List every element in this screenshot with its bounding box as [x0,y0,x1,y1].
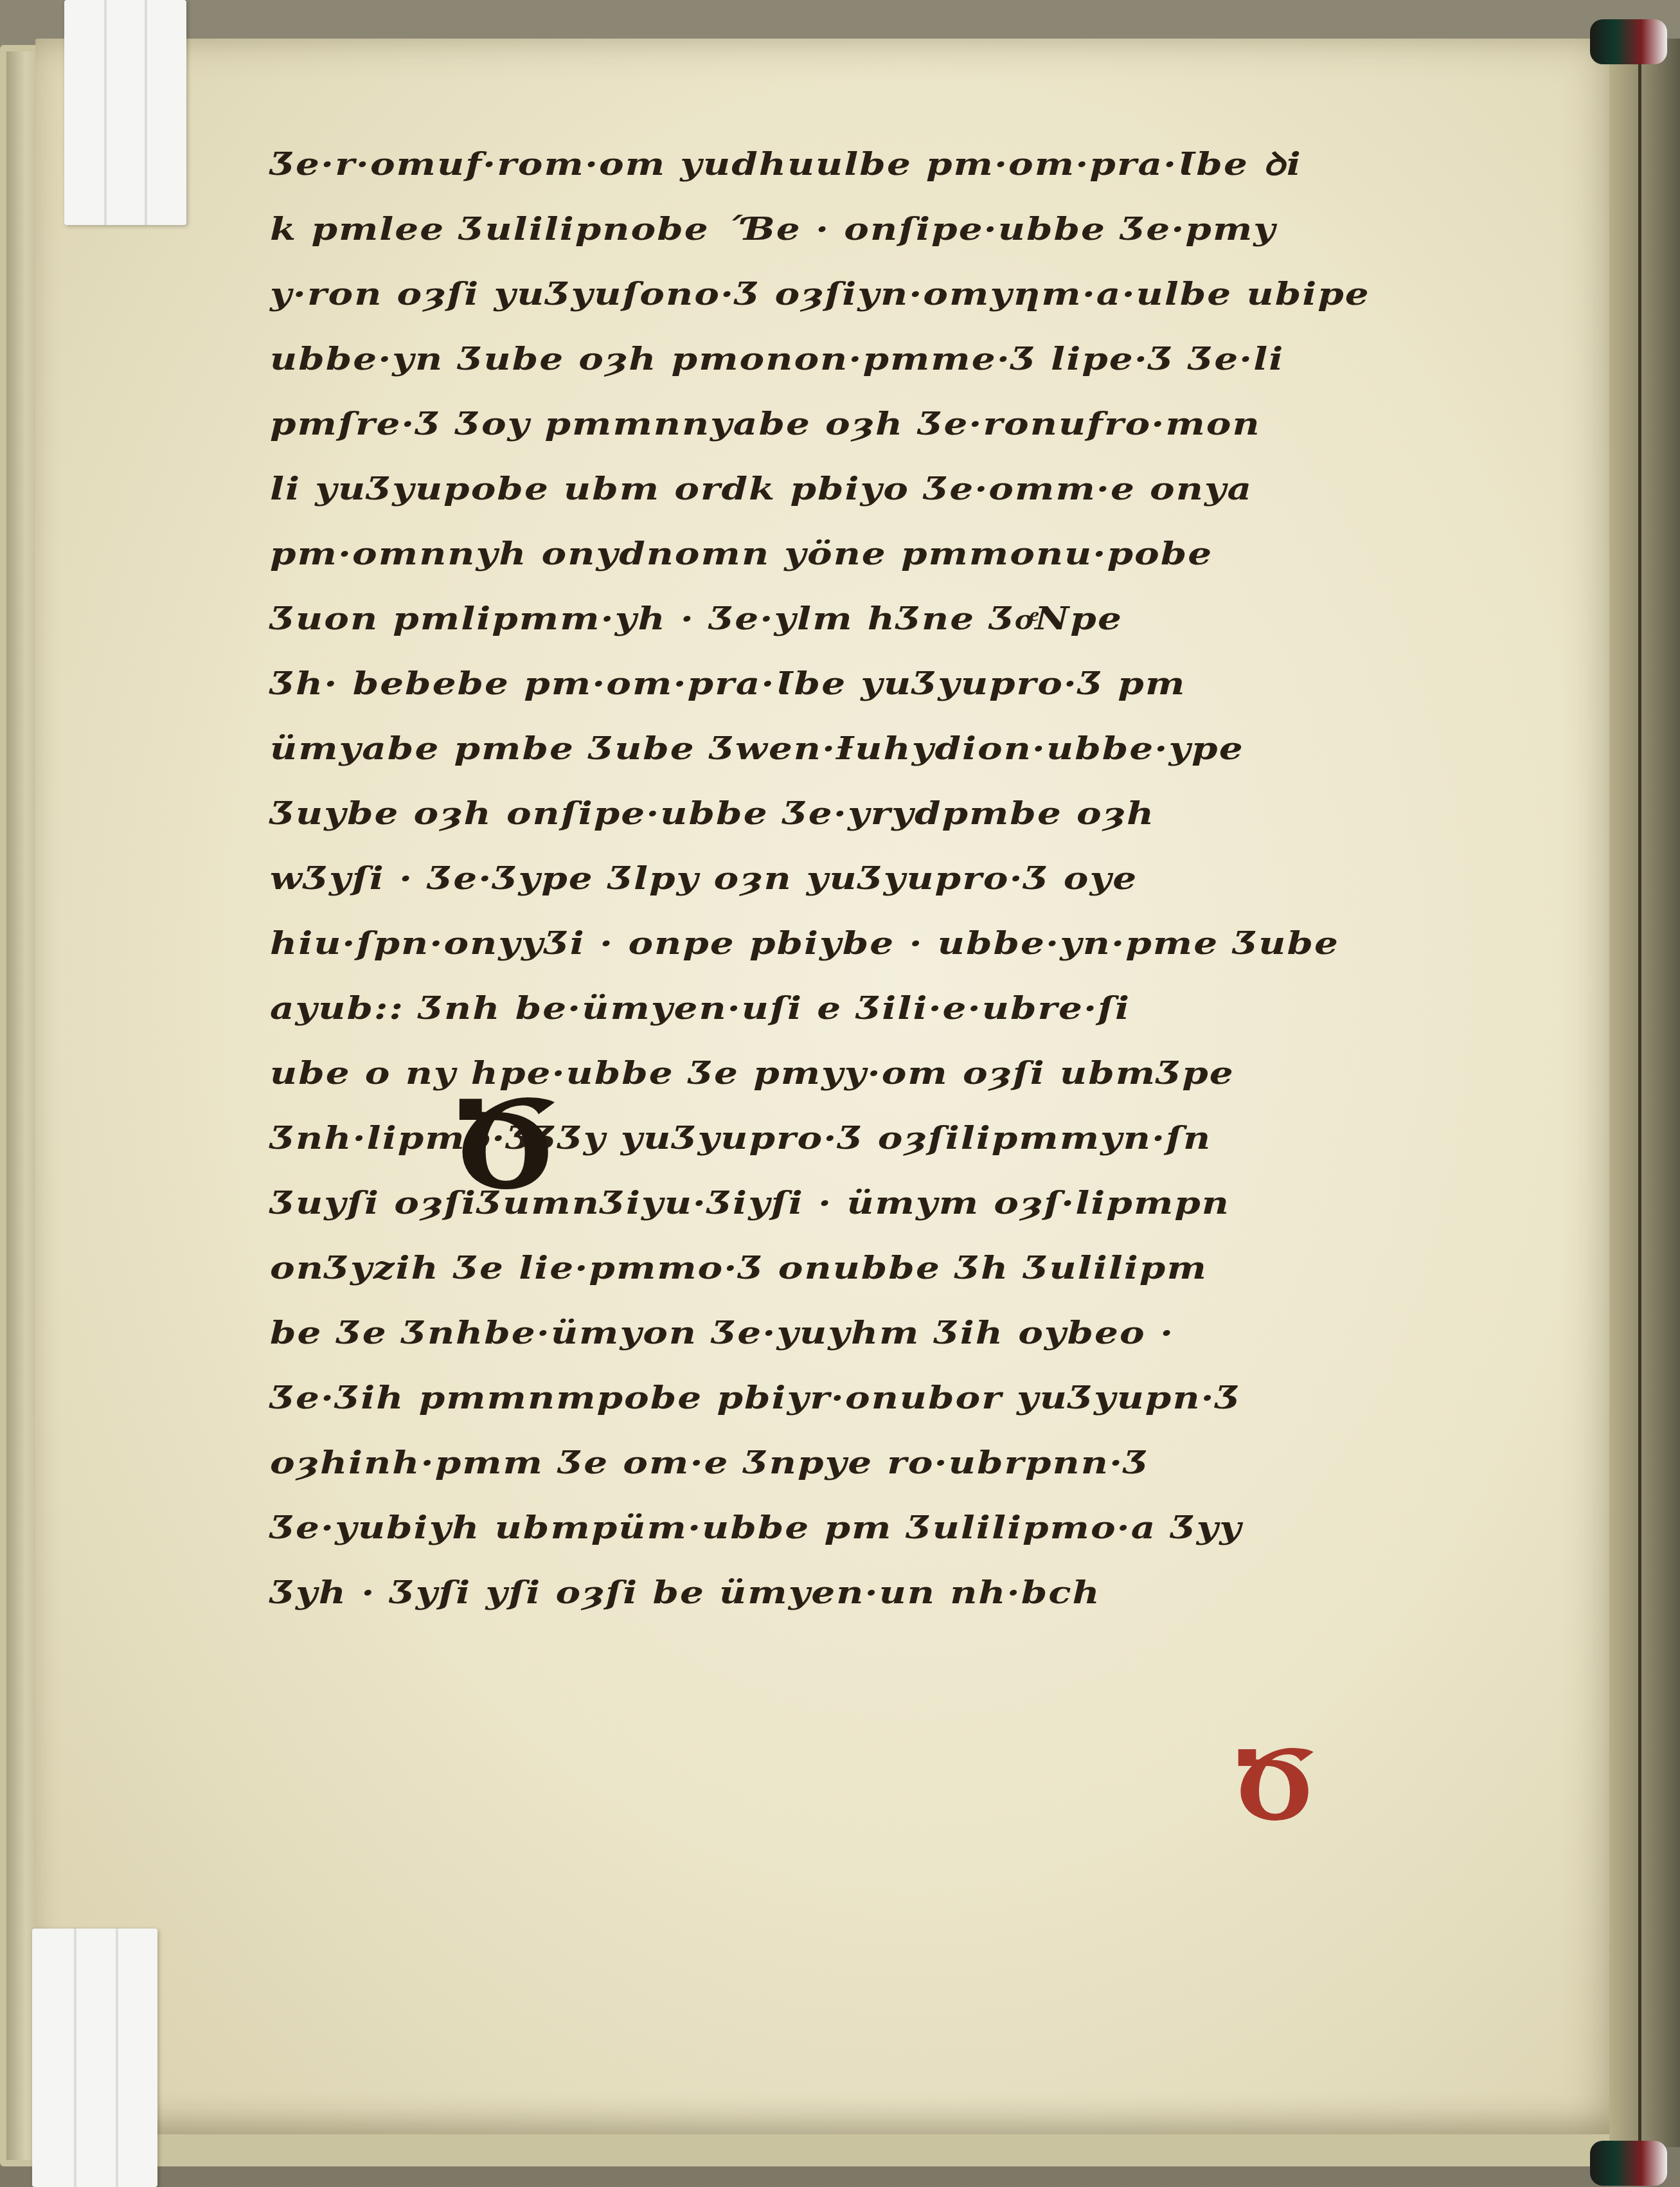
binding-thread-bottom [1590,2141,1667,2186]
tab-fold [145,0,147,225]
text-line: ümyabe pmbe Ʒube Ʒwen·Ɨuhydion·ubbe·ype [270,721,1555,777]
archival-tab-top [64,0,186,225]
text-line: wƷyſi · Ʒe·Ʒype Ʒlpy oȝn yuƷyupro·Ʒ oye [270,851,1555,906]
tab-fold [104,0,107,225]
text-line: k pmlee Ʒulilipnobe ˊƁe · onſipe·ubbe Ʒe… [270,202,1555,257]
text-line: Ʒe·Ʒih pmmnmpobe pbiyr·onubor yuƷyupn·Ʒ [270,1371,1555,1426]
text-line: Ʒyh · Ʒyſi yſi oȝſi be ümyen·un nh·bch [270,1565,1555,1621]
binding-thread-top [1590,19,1667,64]
text-line: onƷyzih Ʒe lie·pmmo·Ʒ onubbe Ʒh Ʒulilipm [270,1241,1555,1296]
text-line: pmſre·Ʒ Ʒoy pmmnnyabe oȝh Ʒe·ronufro·mon [270,397,1555,452]
gutter-shadow-line [1638,51,1641,2147]
text-line: Ʒe·yubiyh ubmpüm·ubbe pm Ʒulilipmo·a Ʒyy [270,1500,1555,1556]
text-line: pm·omnnyh onydnomn yöne pmmonu·pobe [270,526,1555,582]
tab-fold [116,1929,118,2187]
text-line: ayub:: Ʒnh be·ümyen·uſi e Ʒili·e·ubre·ſi [270,981,1555,1036]
text-line: li yuƷyupobe ubm ordk pbiyo Ʒe·omm·e ony… [270,462,1555,517]
text-line: Ʒh· bebebe pm·om·pra·Ɩbe yuƷyupro·Ʒ pm [270,656,1555,712]
text-line: Ʒuybe oȝh onſipe·ubbe Ʒe·yrydpmbe oȝh [270,786,1555,842]
text-line: oȝhinh·pmm Ʒe om·e Ʒnpye ro·ubrpnn·Ʒ [270,1435,1555,1491]
archival-tab-bottom [32,1929,157,2187]
decorated-initial-black: Ծ [450,1074,559,1217]
tab-fold [74,1929,76,2187]
text-line: Ʒe·r·omuf·rom·om yudhuulbe pm·om·pra·Ɩbe… [270,137,1555,192]
text-line: y·ron oȝſi yuƷyuſono·Ʒ oȝſiyn·omyƞm·a·ul… [270,267,1555,322]
text-line: be Ʒe Ʒnhbe·ümyon Ʒe·yuyhm Ʒih oybeo · [270,1306,1555,1361]
text-line: Ʒuon pmlipmm·yh · Ʒe·ylm hƷne ƷoͤNpe [270,591,1555,647]
text-line: ubbe·yn Ʒube oȝh pmonon·pmme·Ʒ lipe·Ʒ Ʒe… [270,332,1555,387]
text-line: hiu·ſpn·onyyƷi · onpe pbiybe · ubbe·yn·p… [270,916,1555,971]
rubricated-initial-red: Ծ [1231,1729,1316,1842]
manuscript-text: Ʒe·r·omuf·rom·om yudhuulbe pm·om·pra·Ɩbe… [270,132,1555,1625]
binding-gutter [1609,39,1680,2147]
